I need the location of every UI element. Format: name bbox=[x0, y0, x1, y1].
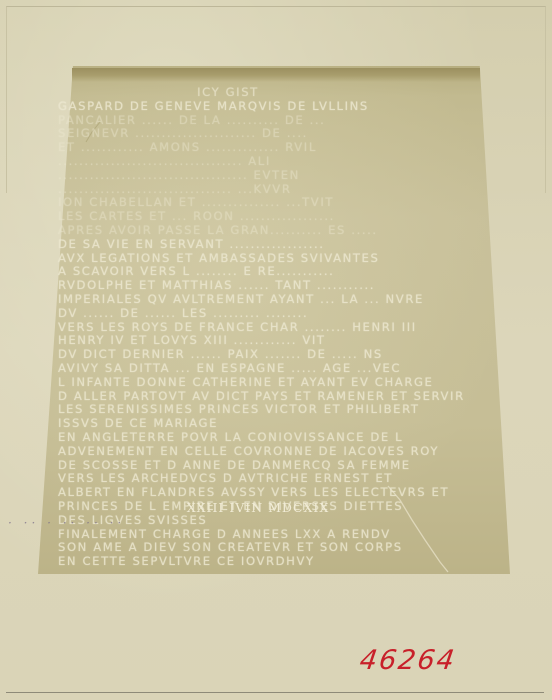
inscription-line: DV DICT DERNIER ...... PAIX ....... DE .… bbox=[58, 348, 498, 362]
inscription-date: XXIII IVIN MDCXIX bbox=[58, 500, 458, 515]
inscription-line: ALBERT EN FLANDRES AVSSY VERS LES ELECTE… bbox=[58, 486, 498, 500]
inscription-line: PANCALIER ...... DE LA .......... DE ... bbox=[58, 114, 498, 128]
inscription-line: RVDOLPHE ET MATTHIAS ...... TANT .......… bbox=[58, 279, 498, 293]
inscription-line: DE SCOSSE ET D ANNE DE DANMERCQ SA FEMME bbox=[58, 459, 498, 473]
inscription-line: AVIVY SA DITTA ... EN ESPAGNE ..... AGE … bbox=[58, 362, 498, 376]
inscription-line: ET ............ AMONS .............. RVI… bbox=[58, 141, 498, 155]
inscription-line: DV ...... DE ...... LES ......... ......… bbox=[58, 307, 498, 321]
inscription-line: HENRY IV ET LOVYS XIII ............ VIT bbox=[58, 334, 498, 348]
inscription-line: ................................... ALI bbox=[58, 155, 498, 169]
inscription-heading: ICY GIST bbox=[58, 86, 498, 100]
inscription-line: .................................... EVT… bbox=[58, 169, 498, 183]
inscription-line: AVX LEGATIONS ET AMBASSADES SVIVANTES bbox=[58, 252, 498, 266]
inscription-text: ICY GIST GASPARD DE GENEVE MARQVIS DE LV… bbox=[58, 86, 498, 569]
inscription-line: ADVENEMENT EN CELLE COVRONNE DE IACOVES … bbox=[58, 445, 498, 459]
inscription-line: A SCAVOIR VERS L ........ E RE..........… bbox=[58, 265, 498, 279]
slab-top-edge bbox=[72, 68, 480, 82]
mount-bottom-edge bbox=[6, 692, 544, 693]
inscription-lines: GASPARD DE GENEVE MARQVIS DE LVLLINSPANC… bbox=[58, 100, 498, 569]
inscription-line: GASPARD DE GENEVE MARQVIS DE LVLLINS bbox=[58, 100, 498, 114]
inscription-line: IMPERIALES QV AVLTREMENT AYANT ... LA ..… bbox=[58, 293, 498, 307]
catalog-number: 46264 bbox=[358, 645, 458, 676]
pencil-annotation: · ·· · ·· ·· ·· bbox=[8, 516, 125, 530]
inscription-line: VERS LES ROYS DE FRANCE CHAR ........ HE… bbox=[58, 321, 498, 335]
inscription-line: APRES AVOIR PASSE LA GRAN.......... ES .… bbox=[58, 224, 498, 238]
inscription-line: DE SA VIE EN SERVANT .................. bbox=[58, 238, 498, 252]
inscription-line: VERS LES ARCHEDVCS D AVTRICHE ERNEST ET bbox=[58, 472, 498, 486]
inscription-line: SON AME A DIEV SON CREATEVR ET SON CORPS bbox=[58, 541, 498, 555]
inscription-line: L INFANTE DONNE CATHERINE ET AYANT EV CH… bbox=[58, 376, 498, 390]
inscription-line: EN ANGLETERRE POVR LA CONIOVISSANCE DE L bbox=[58, 431, 498, 445]
inscription-line: D ALLER PARTOVT AV DICT PAYS ET RAMENER … bbox=[58, 390, 498, 404]
inscription-line: ................................. ...KVV… bbox=[58, 183, 498, 197]
inscription-line: LES SERENISSIMES PRINCES VICTOR ET PHILI… bbox=[58, 403, 498, 417]
inscription-line: SEIGNEVR ....................... DE .... bbox=[58, 127, 498, 141]
inscription-line: LES CARTES ET ... ROON .................… bbox=[58, 210, 498, 224]
inscription-line: ION CHABELLAN ET ............... ...TVIT bbox=[58, 196, 498, 210]
inscription-line: ISSVS DE CE MARIAGE bbox=[58, 417, 498, 431]
inscription-line: EN CETTE SEPVLTVRE CE IOVRDHVY bbox=[58, 555, 498, 569]
